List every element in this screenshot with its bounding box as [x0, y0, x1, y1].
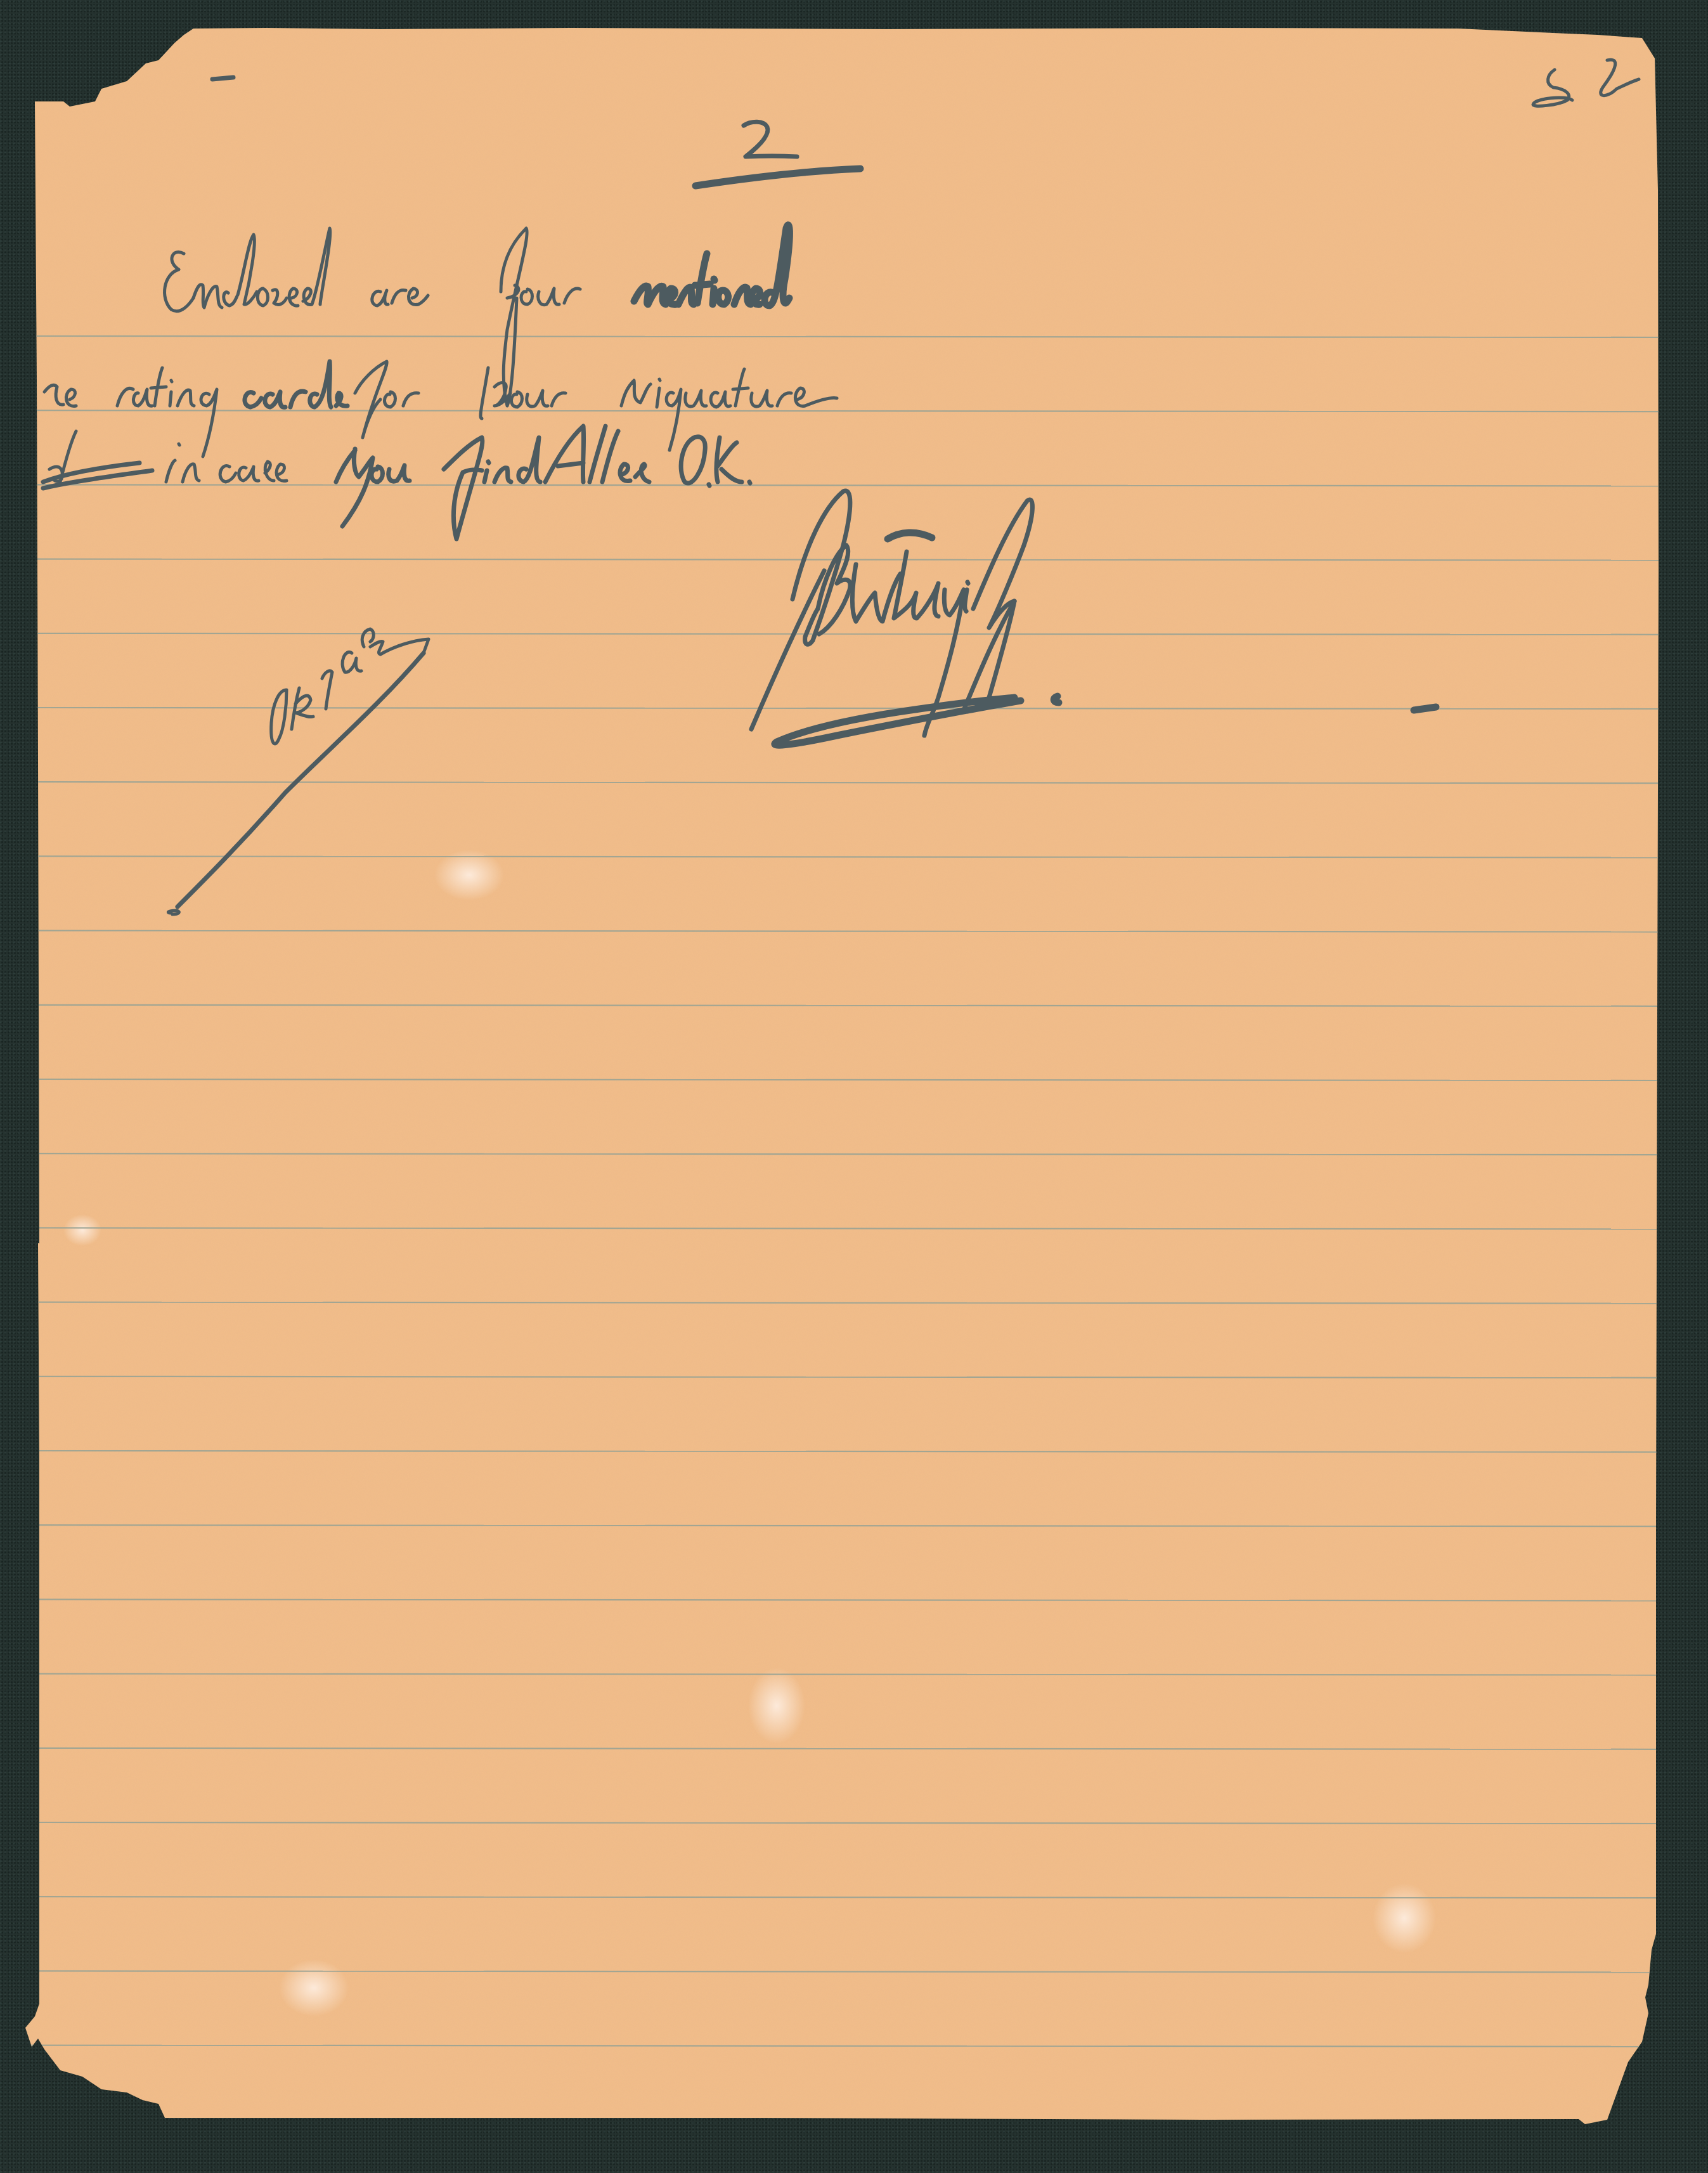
signature-trailing-dash	[1054, 696, 1059, 703]
paper-glare	[63, 1214, 101, 1246]
paper-sheet	[0, 0, 1708, 2173]
paper-glare	[279, 1959, 349, 2016]
stray-mark	[212, 77, 233, 79]
scanned-document-page: 2 22 Enclosed are four mentioned re rati…	[0, 0, 1708, 2173]
paper-glare	[1373, 1883, 1436, 1953]
paper-glare	[748, 1668, 805, 1744]
